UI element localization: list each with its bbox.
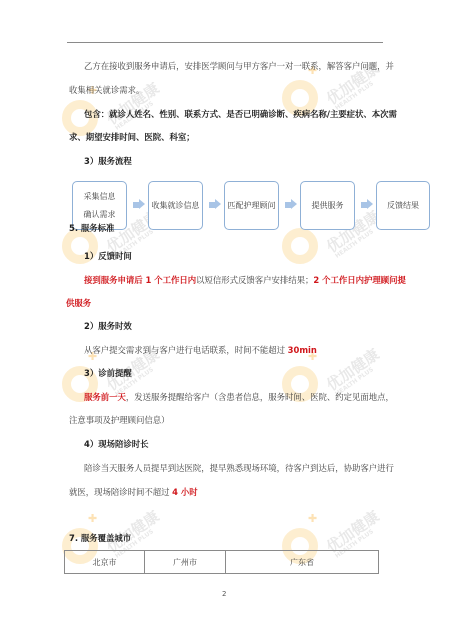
intro-line-2: 收集相关就诊需求。	[69, 85, 144, 96]
duration-line-2: 就医，现场陪诊时间不超过 4 小时	[69, 487, 198, 498]
header-rule	[67, 42, 383, 43]
process-heading: 3）服务流程	[84, 156, 132, 167]
flow-step-label: 匹配护理顾问	[228, 197, 276, 215]
flow-step-label: 确认需求	[84, 206, 116, 224]
includes-line-2: 求、期望安排时间、医院、科室；	[69, 132, 195, 143]
city-cell: 广州市	[145, 551, 226, 574]
duration-heading: 4）现场陪诊时长	[84, 439, 148, 450]
reminder-heading: 3）诊前提醒	[84, 368, 132, 379]
timeliness-text: 从客户提交需求到与客户进行电话联系，时间不能超过 30min	[84, 345, 317, 356]
arrow-right-icon	[285, 199, 297, 210]
flow-step-label: 提供服务	[312, 197, 344, 215]
reminder-line-2: 注意事项及护理顾问信息）	[69, 415, 170, 426]
arrow-right-icon	[209, 199, 221, 210]
feedback-line-1: 接到服务申请后 1 个工作日内以短信形式反馈客户安排结果；2 个工作日内护理顾问…	[84, 275, 406, 286]
flow-step-label: 收集就诊信息	[152, 197, 200, 215]
flow-step-match-advisor: 匹配护理顾问	[224, 181, 279, 230]
cities-table: 北京市 广州市 广东省	[64, 550, 379, 574]
flow-step-label: 采集信息	[84, 188, 116, 206]
feedback-heading: 1）反馈时间	[84, 251, 132, 262]
flow-step-gather-visit-info: 收集就诊信息	[148, 181, 203, 230]
flow-step-label: 反馈结果	[387, 197, 419, 215]
intro-line-1: 乙方在接收到服务申请后，安排医学顾问与甲方客户一对一联系，解答客户问题，并	[84, 61, 394, 72]
page-number: 2	[222, 590, 226, 598]
city-cell: 北京市	[65, 551, 145, 574]
feedback-line-2: 供服务	[66, 298, 91, 309]
reminder-line-1: 服务前一天，发送服务提醒给客户（含患者信息，服务时间、医院、约定见面地点，	[84, 392, 394, 403]
includes-line-1: 包含：就诊人姓名、性别、联系方式、是否已明确诊断、疾病名称/主要症状、本次需	[84, 109, 397, 120]
arrow-right-icon	[361, 199, 373, 210]
table-row: 北京市 广州市 广东省	[65, 551, 379, 574]
flow-step-feedback: 反馈结果	[376, 181, 430, 230]
arrow-right-icon	[133, 199, 145, 210]
city-cell: 广东省	[226, 551, 379, 574]
flow-step-provide-service: 提供服务	[300, 181, 355, 230]
section-5-heading: 5. 服务标准	[69, 223, 114, 234]
duration-line-1: 陪诊当天服务人员提早到达医院，提早熟悉现场环境，待客户到达后，协助客户进行	[84, 463, 394, 474]
timeliness-heading: 2）服务时效	[84, 321, 132, 332]
section-7-heading: 7. 服务覆盖城市	[69, 533, 131, 544]
